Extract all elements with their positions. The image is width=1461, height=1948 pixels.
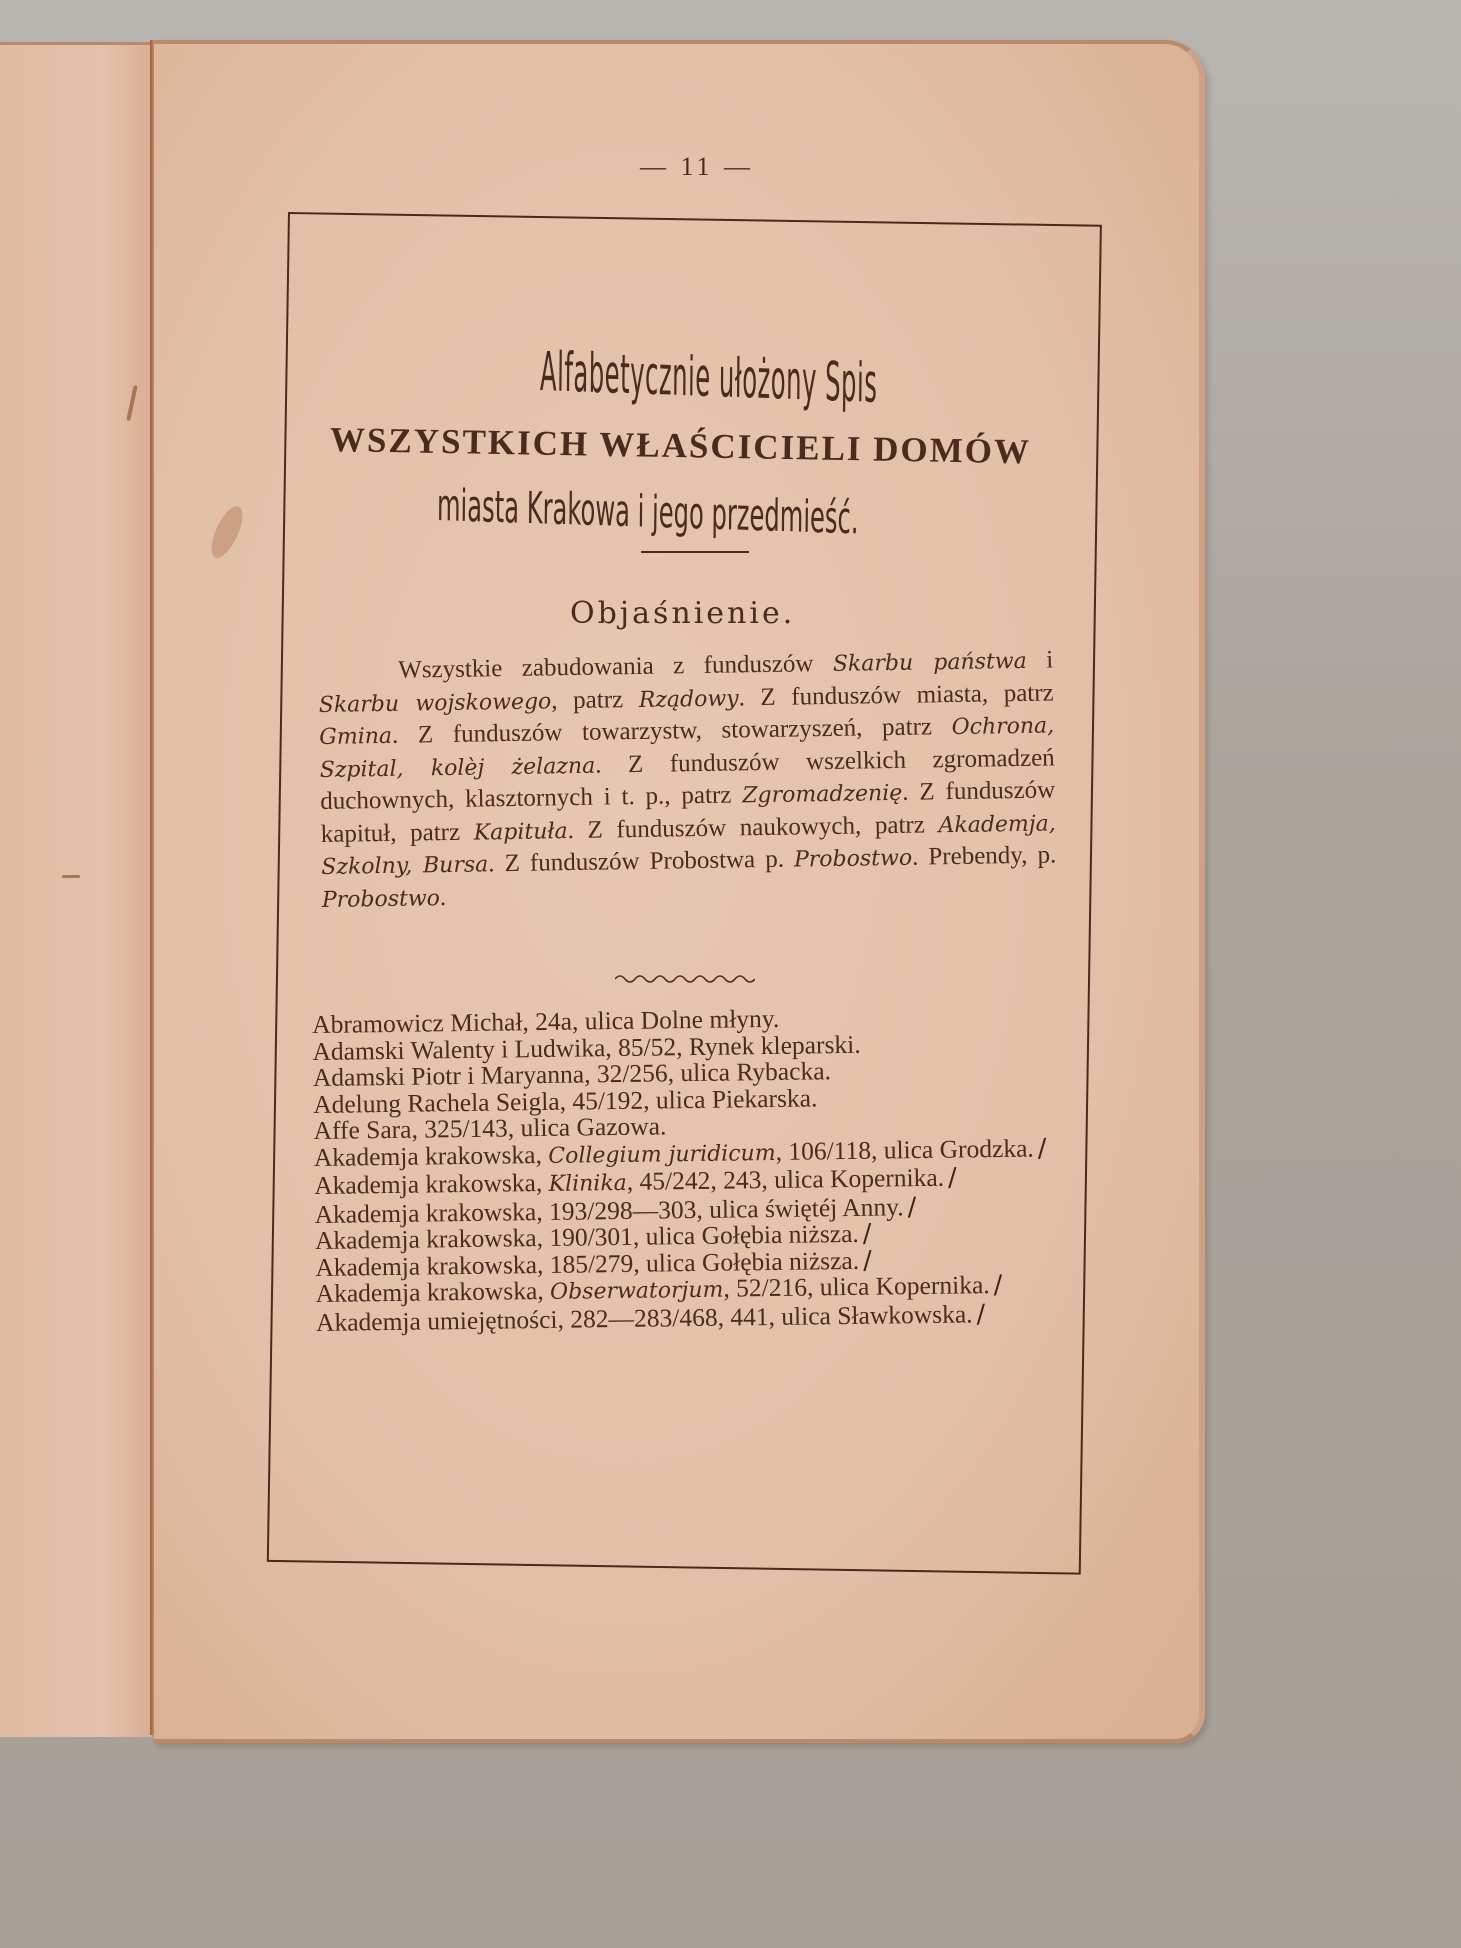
paper-stain — [205, 502, 249, 562]
italic-reference: Rządowy — [639, 686, 739, 713]
entry-text: Akademja krakowska, — [314, 1168, 549, 1200]
owner-list: Abramowicz Michał, 24a, ulica Dolne młyn… — [312, 1002, 1051, 1336]
explanation-text: . Z funduszów naukowych, patrz — [567, 811, 938, 844]
italic-reference: Zgromadzenię — [742, 781, 902, 809]
handwritten-check-mark: / — [1038, 1133, 1047, 1163]
entry-text: Akademja krakowska, — [315, 1276, 550, 1308]
left-page — [0, 42, 152, 1737]
wavy-divider — [615, 972, 755, 986]
italic-reference: Gmina — [319, 724, 392, 750]
handwritten-check-mark: / — [948, 1163, 957, 1193]
italic-reference: Probostwo — [794, 846, 912, 873]
explanation-text: . — [440, 884, 447, 911]
italic-reference: Skarbu państwa — [833, 649, 1027, 677]
ink-mark — [126, 385, 137, 421]
title-line-1: Alfabetycznie ułożony Spis — [540, 340, 878, 415]
explanation-text: . Z funduszów Probostwa p. — [488, 846, 794, 878]
explanation-paragraph: Wszystkie zabudowania z funduszów Skarbu… — [318, 644, 1057, 916]
explanation-text: . Z funduszów towarzystw, stowarzyszeń, … — [392, 713, 952, 749]
handwritten-check-mark: / — [907, 1192, 916, 1222]
entry-text: Akademja krakowska, — [314, 1139, 549, 1171]
handwritten-check-mark: / — [976, 1299, 985, 1329]
page-number: — 11 — — [640, 152, 754, 182]
explanation-text: . Z funduszów miasta, patrz — [738, 679, 1054, 711]
explanation-body: Wszystkie zabudowania z funduszów Skarbu… — [318, 644, 1057, 916]
handwritten-check-mark: / — [863, 1219, 872, 1249]
title-divider — [641, 551, 749, 553]
italic-reference: Probostwo — [322, 886, 440, 913]
entry-institution: Obserwatorjum — [550, 1278, 724, 1305]
explanation-text: , patrz — [551, 685, 639, 713]
ink-mark — [62, 875, 80, 878]
entry-text: , 52/216, ulica Kopernika. — [723, 1270, 990, 1302]
explanation-heading: Objaśnienie. — [570, 596, 795, 631]
italic-reference: Kapituła — [474, 819, 568, 845]
entry-institution: Klinika — [549, 1171, 627, 1197]
explanation-text: Wszystkie zabudowania z funduszów — [398, 650, 833, 684]
entry-text: , 106/118, ulica Grodzka. — [775, 1133, 1034, 1165]
entry-institution: Collegium juridicum — [548, 1140, 776, 1168]
handwritten-check-mark: / — [993, 1270, 1002, 1300]
explanation-text: . Prebendy, p. — [912, 841, 1057, 870]
italic-reference: Skarbu wojskowego — [319, 689, 552, 718]
explanation-text: i — [1027, 646, 1054, 673]
